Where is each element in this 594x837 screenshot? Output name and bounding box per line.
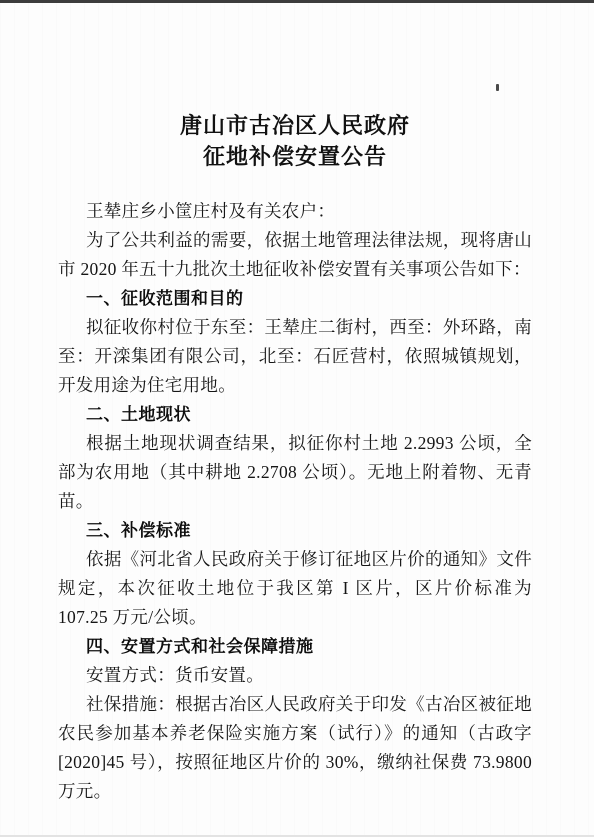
section-4-paragraph-1: 安置方式：货币安置。 <box>58 661 532 690</box>
section-1-paragraph: 拟征收你村位于东至：王辇庄二街村，西至：外环路，南至：开滦集团有限公司，北至：石… <box>58 313 532 400</box>
section-4-paragraph-2: 社保措施：根据古冶区人民政府关于印发《古冶区被征地农民参加基本养老保险实施方案（… <box>58 690 532 806</box>
section-1-heading: 一、征收范围和目的 <box>58 284 532 313</box>
document-content: 唐山市古冶区人民政府 征地补偿安置公告 王辇庄乡小筐庄村及有关农户： 为了公共利… <box>58 110 532 806</box>
scanned-document-page: 唐山市古冶区人民政府 征地补偿安置公告 王辇庄乡小筐庄村及有关农户： 为了公共利… <box>0 0 594 837</box>
document-title-line1: 唐山市古冶区人民政府 <box>58 110 532 141</box>
scan-artifact-speck <box>496 84 499 91</box>
section-3-paragraph: 依据《河北省人民政府关于修订征地区片价的通知》文件规定，本次征收土地位于我区第 … <box>58 545 532 632</box>
section-2-paragraph: 根据土地现状调查结果，拟征你村土地 2.2993 公顷，全部为农用地（其中耕地 … <box>58 429 532 516</box>
section-3-heading: 三、补偿标准 <box>58 516 532 545</box>
section-2-heading: 二、土地现状 <box>58 400 532 429</box>
document-title: 唐山市古冶区人民政府 征地补偿安置公告 <box>58 110 532 172</box>
salutation-line: 王辇庄乡小筐庄村及有关农户： <box>58 197 532 226</box>
document-title-line2: 征地补偿安置公告 <box>58 141 532 172</box>
intro-paragraph: 为了公共利益的需要，依据土地管理法律法规，现将唐山市 2020 年五十九批次土地… <box>58 226 532 284</box>
scan-edge-top-bar <box>0 0 594 3</box>
section-4-heading: 四、安置方式和社会保障措施 <box>58 632 532 661</box>
